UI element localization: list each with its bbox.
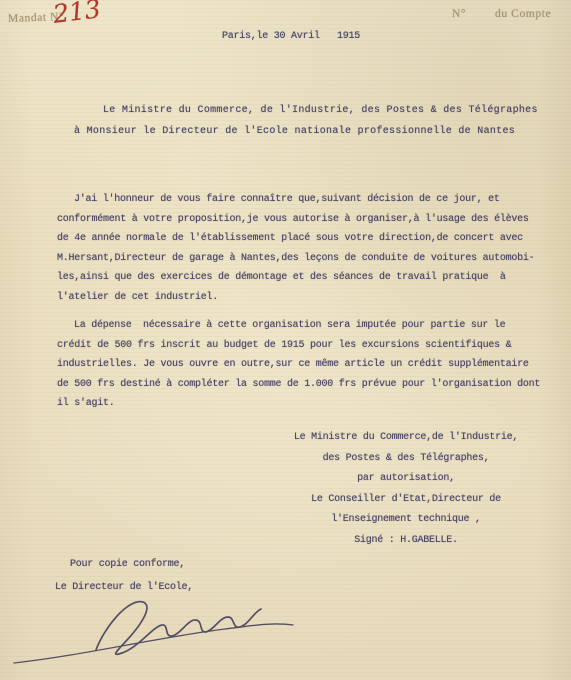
account-no-label: N° bbox=[452, 8, 466, 20]
body-paragraph-1: J'ai l'honneur de vous faire connaître q… bbox=[57, 190, 534, 307]
mandat-number-handwritten: 213 bbox=[52, 0, 102, 27]
body-line: industrielles. Je vous ouvre en outre,su… bbox=[57, 355, 540, 375]
body-line: l'atelier de cet industriel. bbox=[57, 288, 534, 308]
signature-line: l'Enseignement technique , bbox=[256, 510, 556, 531]
account-label: du Compte bbox=[495, 8, 551, 20]
copy-certification-line: Pour copie conforme, bbox=[70, 553, 185, 576]
body-line: les,ainsi que des exercices de démontage… bbox=[57, 268, 534, 288]
signature-block: Le Ministre du Commerce,de l'Industrie, … bbox=[256, 428, 556, 552]
director-title-line: Le Directeur de l'Ecole, bbox=[55, 576, 193, 599]
signature-line: Le Conseiller d'Etat,Directeur de bbox=[256, 490, 556, 511]
body-line: de 500 frs destiné à compléter la somme … bbox=[57, 375, 540, 395]
body-line: crédit de 500 frs inscrit au budget de 1… bbox=[57, 336, 540, 356]
addressee-sender-line: Le Ministre du Commerce, de l'Industrie,… bbox=[103, 101, 538, 121]
body-line: il s'agit. bbox=[57, 394, 540, 414]
body-line: conformément à votre proposition,je vous… bbox=[57, 210, 534, 230]
body-line: La dépense nécessaire à cette organisati… bbox=[57, 316, 540, 336]
signature-line: par autorisation, bbox=[256, 469, 556, 490]
body-line: de 4e année normale de l'établissement p… bbox=[57, 229, 534, 249]
scanned-letter: Mandat N° 213 N° du Compte Paris,le 30 A… bbox=[0, 0, 571, 680]
body-line: J'ai l'honneur de vous faire connaître q… bbox=[57, 190, 534, 210]
signature-line: des Postes & des Télégraphes, bbox=[256, 449, 556, 470]
body-paragraph-2: La dépense nécessaire à cette organisati… bbox=[57, 316, 540, 414]
signature-line: Signé : H.GABELLE. bbox=[256, 531, 556, 552]
body-line: M.Hersant,Directeur de garage à Nantes,d… bbox=[57, 249, 534, 269]
signature-line: Le Ministre du Commerce,de l'Industrie, bbox=[256, 428, 556, 449]
dateline: Paris,le 30 Avril 1915 bbox=[222, 27, 360, 47]
addressee-recipient-line: à Monsieur le Directeur de l'Ecole natio… bbox=[74, 122, 515, 142]
